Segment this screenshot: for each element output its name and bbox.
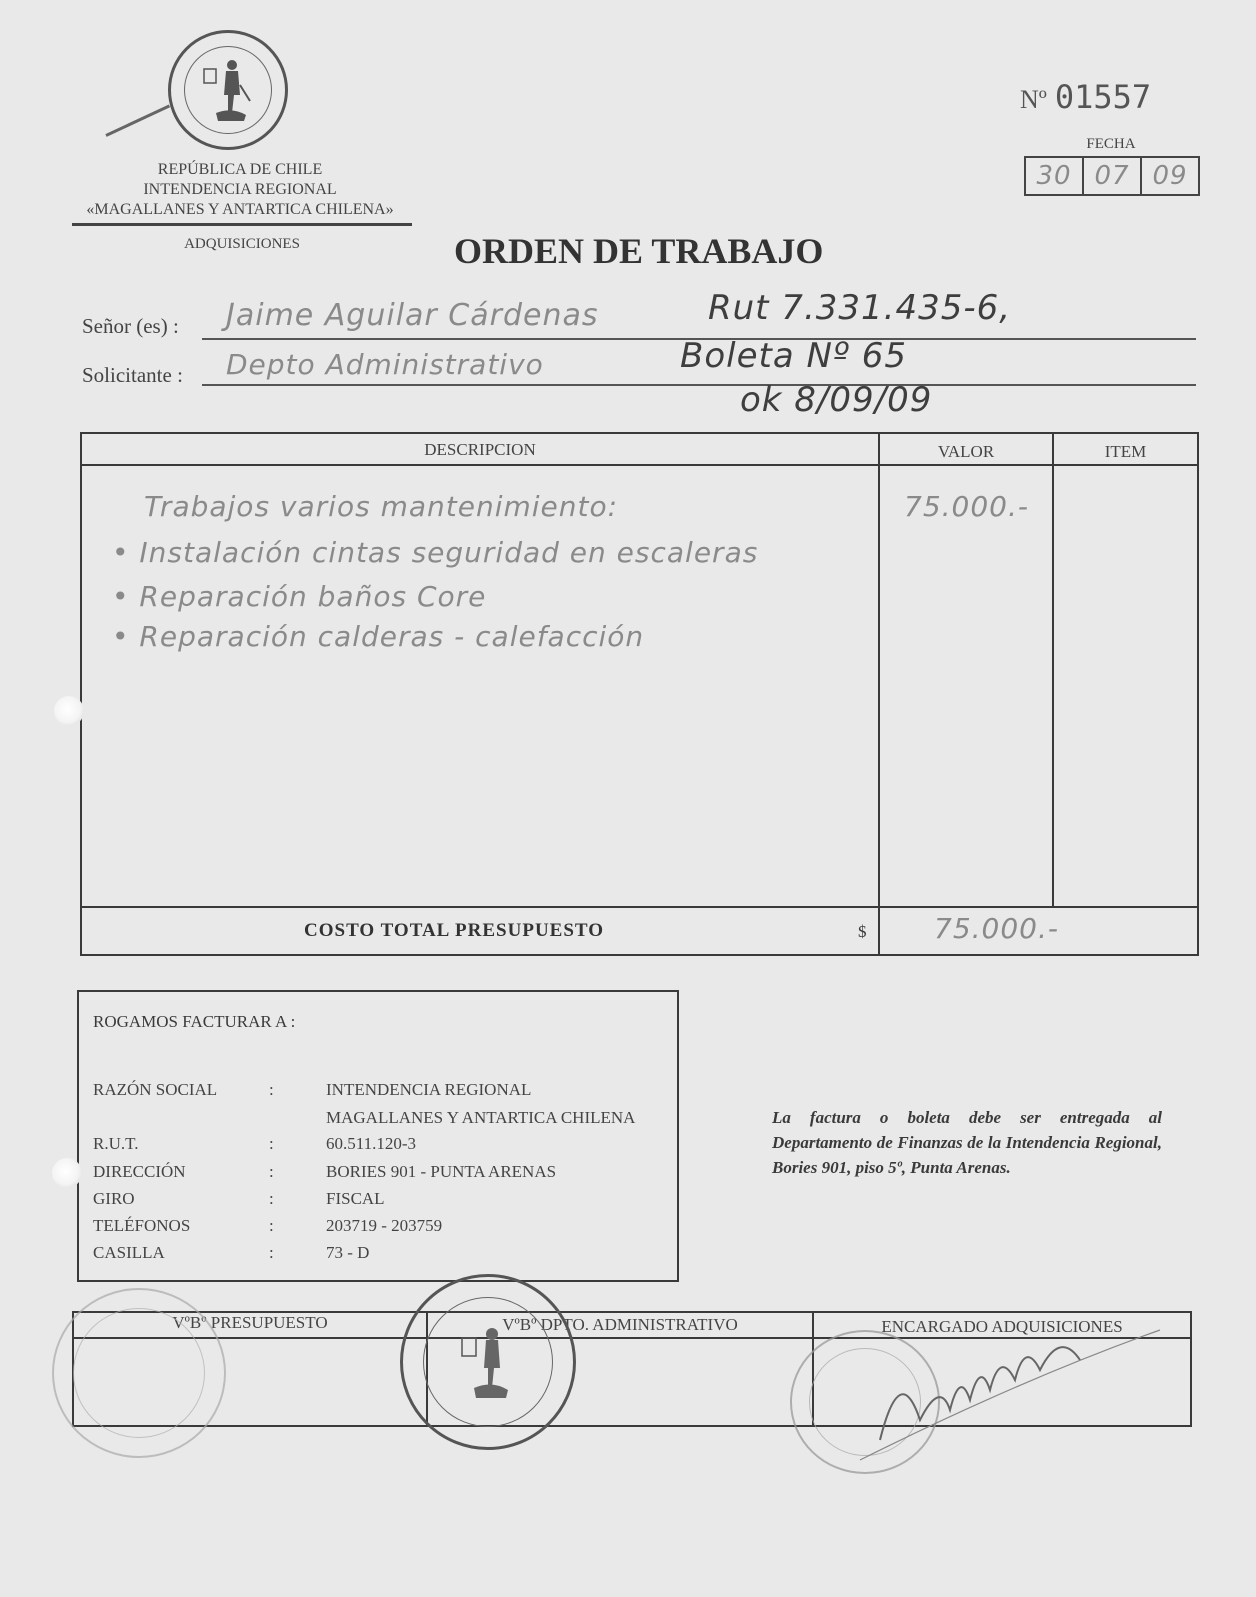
- boleta-annotation: Boleta Nº 65: [680, 336, 907, 376]
- billing-heading: ROGAMOS FACTURAR A :: [93, 1012, 295, 1032]
- table-header-rule: [82, 464, 1197, 466]
- intendencia-label: INTENDENCIA REGIONAL: [70, 180, 410, 200]
- fecha-label: FECHA: [1026, 136, 1196, 153]
- solicitante-line: [202, 384, 1196, 386]
- solicitante-label: Solicitante :: [82, 363, 183, 388]
- pen-stroke: [105, 105, 170, 137]
- item-divider: [1052, 434, 1054, 908]
- header-rule: [72, 223, 412, 226]
- header-descripcion: DESCRIPCION: [82, 440, 878, 460]
- currency-symbol: $: [858, 922, 867, 942]
- regional-seal-icon: [168, 30, 288, 150]
- table-row: • Instalación cintas seguridad en escale…: [112, 536, 758, 569]
- punch-hole: [52, 1158, 82, 1188]
- work-order-document: REPÚBLICA DE CHILE INTENDENCIA REGIONAL …: [0, 0, 1256, 1597]
- republic-label: REPÚBLICA DE CHILE: [70, 160, 410, 180]
- finanzas-stamp-icon: [52, 1288, 226, 1458]
- fecha-day: 30: [1026, 158, 1084, 194]
- senor-value: Jaime Aguilar Cárdenas: [226, 298, 598, 333]
- total-value: 75.000.-: [934, 912, 1059, 945]
- invoice-delivery-note: La factura o boleta debe ser entregada a…: [772, 1105, 1162, 1180]
- total-label: COSTO TOTAL PRESUPUESTO: [304, 920, 604, 942]
- fecha-month: 07: [1084, 158, 1142, 194]
- valor-divider: [878, 434, 880, 954]
- row-value: 75.000.-: [904, 490, 1029, 523]
- description-table: DESCRIPCION VALOR ITEM Trabajos varios m…: [80, 432, 1199, 956]
- punch-hole: [54, 696, 84, 726]
- table-total-rule: [82, 906, 1197, 908]
- senor-label: Señor (es) :: [82, 314, 179, 339]
- page-title: ORDEN DE TRABAJO: [454, 230, 823, 272]
- billing-box: ROGAMOS FACTURAR A : RAZÓN SOCIAL : INTE…: [77, 990, 679, 1282]
- fecha-year: 09: [1142, 158, 1198, 194]
- rut-annotation: Rut 7.331.435-6,: [708, 288, 1011, 328]
- handwritten-signature: [820, 1320, 1180, 1470]
- table-row: • Reparación baños Core: [112, 580, 486, 613]
- solicitante-value: Depto Administrativo: [226, 348, 544, 381]
- administrativo-stamp-icon: [400, 1274, 576, 1450]
- ok-annotation: ok 8/09/09: [740, 380, 932, 420]
- header-item: ITEM: [1054, 442, 1197, 462]
- department-label: ADQUISICIONES: [72, 234, 412, 254]
- table-row: Trabajos varios mantenimiento:: [144, 490, 618, 523]
- folio-number: Nº01557: [1020, 78, 1151, 116]
- table-row: • Reparación calderas - calefacción: [112, 620, 644, 653]
- header-valor: VALOR: [880, 442, 1052, 462]
- fecha-boxes: 30 07 09: [1024, 156, 1200, 196]
- region-label: «MAGALLANES Y ANTARTICA CHILENA»: [70, 200, 410, 220]
